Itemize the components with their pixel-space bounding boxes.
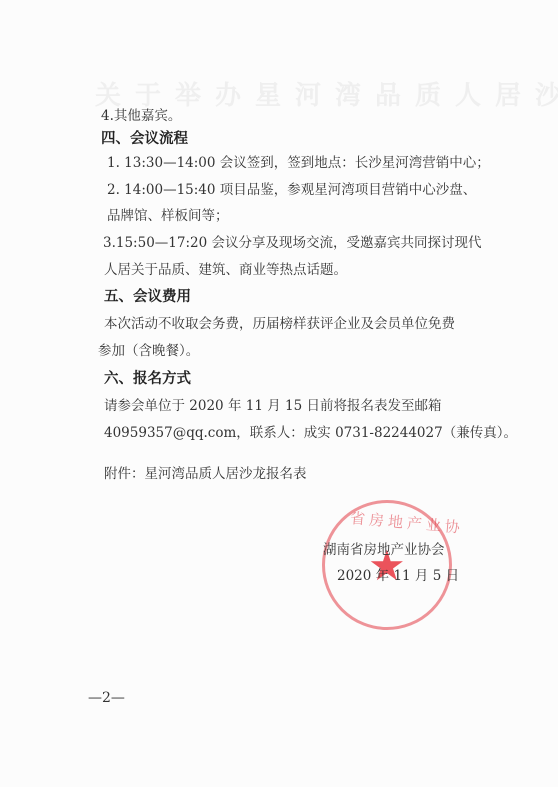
signature-date: 2020 年 11 月 5 日 <box>337 567 459 585</box>
agenda-item-3-line1: 3.15:50—17:20 会议分享及现场交流，受邀嘉宾共同探讨现代 <box>103 234 481 252</box>
fees-text-line2: 参加（含晚餐）。 <box>98 342 199 360</box>
bleed-through-text: 关于举办星河湾品质人居沙龙的通知 <box>95 75 435 105</box>
document-page: 关于举办星河湾品质人居沙龙的通知 4.其他嘉宾。 四、会议流程 1. 13:30… <box>0 0 558 787</box>
registration-text-line1: 请参会单位于 2020 年 11 月 15 日前将报名表发至邮箱 <box>104 397 441 415</box>
attachment-line: 附件：星河湾品质人居沙龙报名表 <box>104 465 307 483</box>
agenda-item-2-line1: 2. 14:00—15:40 项目品鉴，参观星河湾项目营销中心沙盘、 <box>107 181 476 199</box>
section-heading-fees: 五、会议费用 <box>104 288 191 306</box>
section-heading-registration: 六、报名方式 <box>104 370 191 388</box>
registration-text-line2: 40959357@qq.com，联系人：成实 0731-82244027（兼传真… <box>104 424 517 442</box>
list-item-other-guests: 4.其他嘉宾。 <box>101 107 181 125</box>
fees-text-line1: 本次活动不收取会务费，历届榜样获评企业及会员单位免费 <box>104 315 455 333</box>
section-heading-agenda: 四、会议流程 <box>101 130 188 148</box>
signature-organization: 湖南省房地产业协会 <box>323 541 445 559</box>
page-number: —2— <box>88 690 125 706</box>
agenda-item-3-line2: 人居关于品质、建筑、商业等热点话题。 <box>104 261 347 279</box>
agenda-item-2-line2: 品牌馆、样板间等； <box>107 207 229 225</box>
agenda-item-1: 1. 13:30—14:00 会议签到，签到地点：长沙星河湾营销中心； <box>107 154 490 172</box>
